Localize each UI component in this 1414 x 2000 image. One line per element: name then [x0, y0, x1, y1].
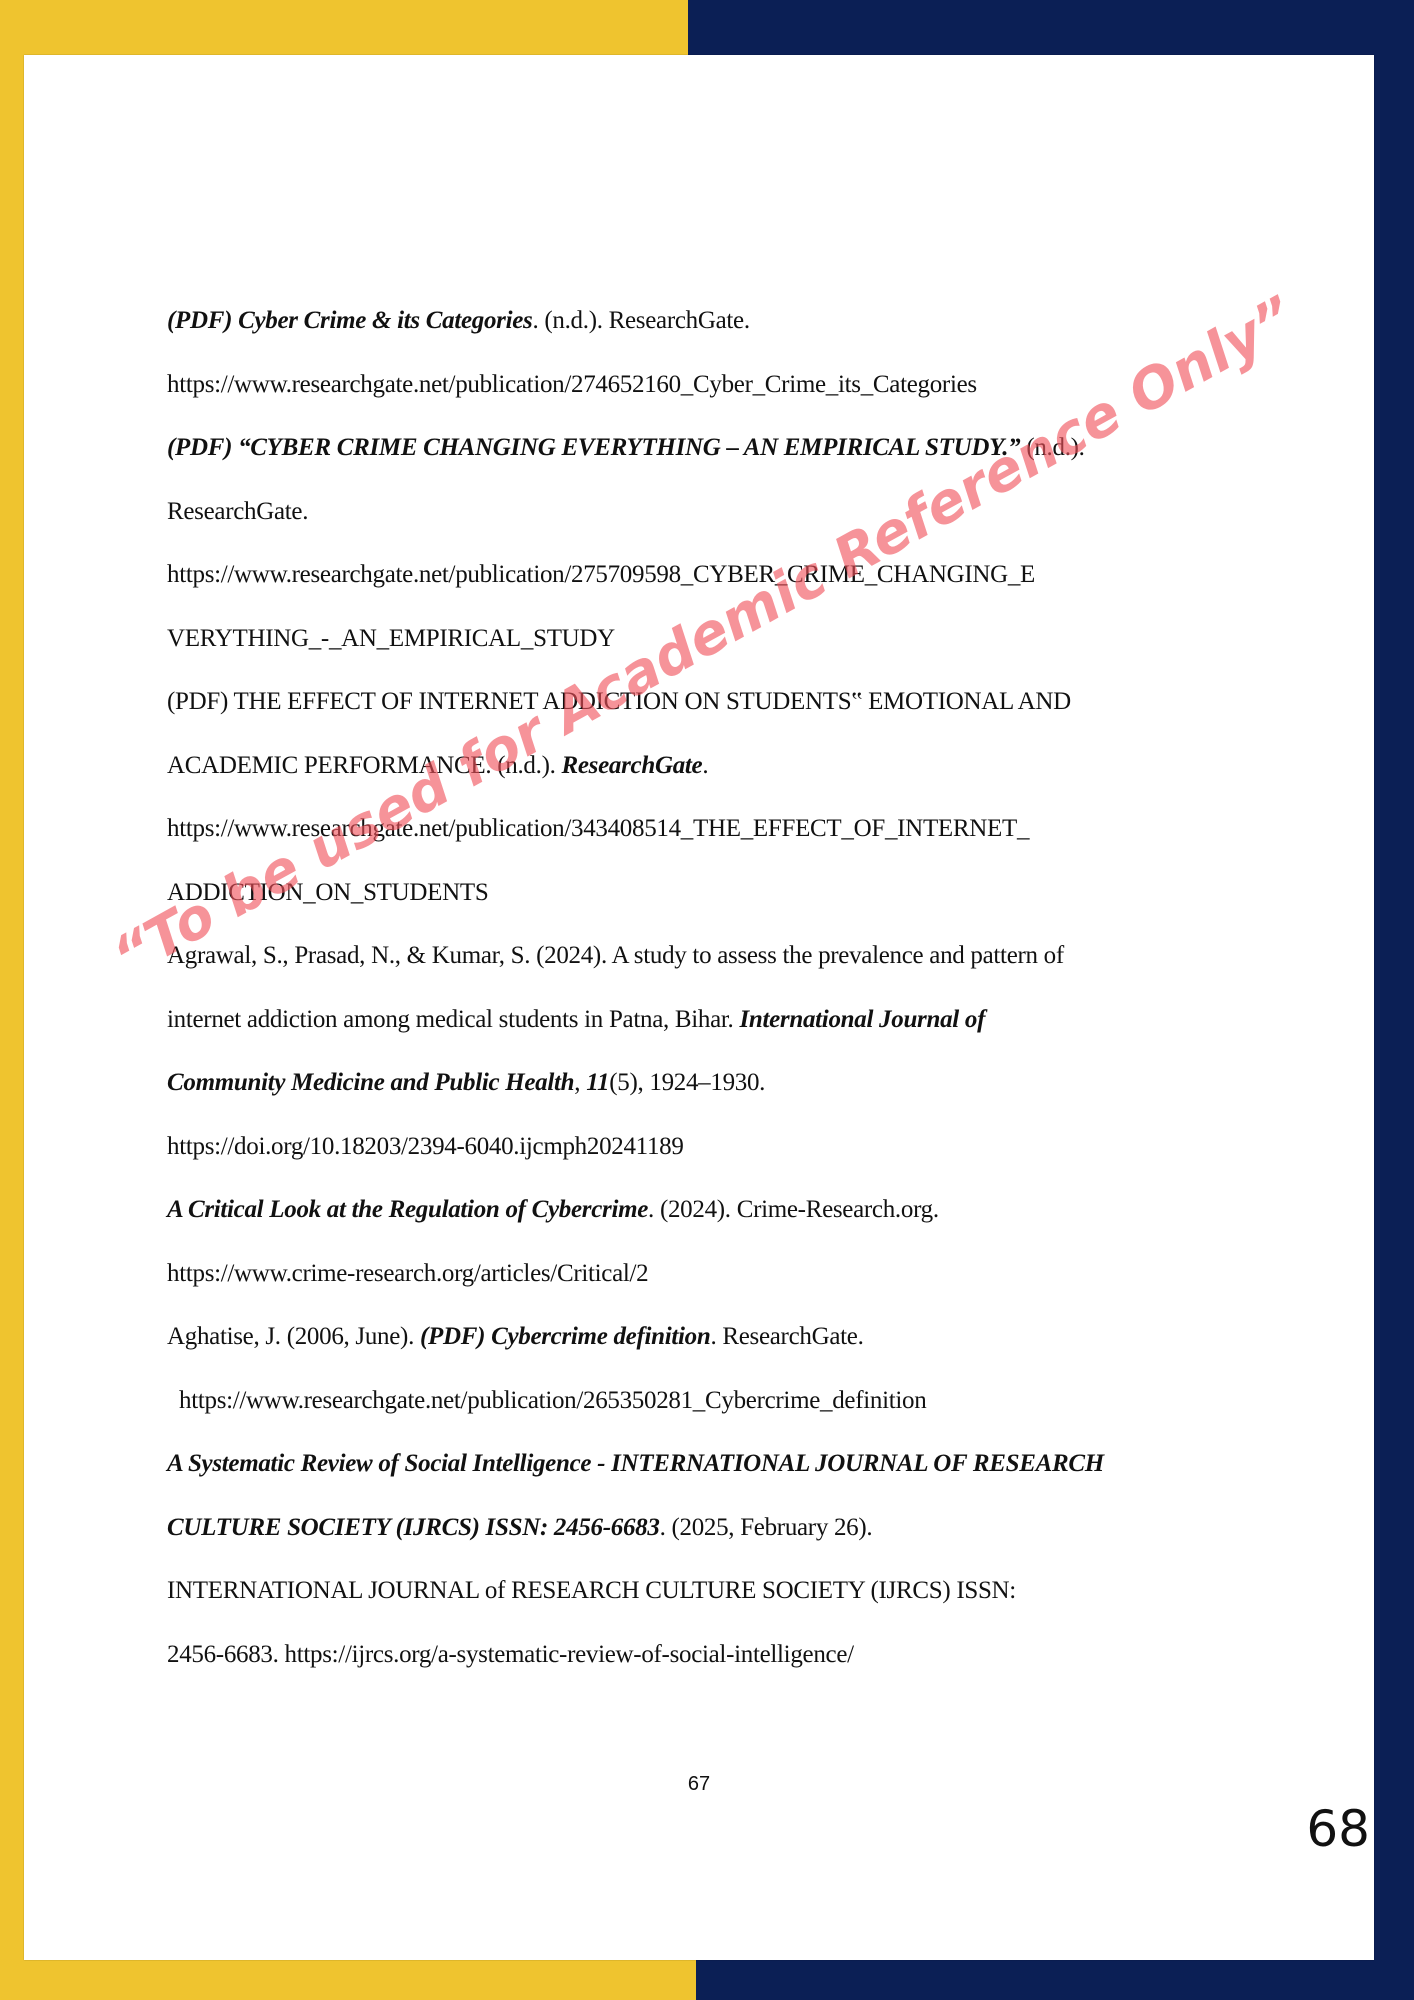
reference-text: https://doi.org/10.18203/2394-6040.ijcmp… [167, 1133, 684, 1160]
reference-text: https://www.researchgate.net/publication… [167, 815, 1029, 842]
page-number: 67 [24, 1773, 1374, 1796]
reference-line: Community Medicine and Public Health, 11… [251, 1051, 1277, 1115]
reference-text: Agrawal, S., Prasad, N., & Kumar, S. (20… [167, 942, 1064, 969]
reference-line: A Critical Look at the Regulation of Cyb… [251, 1178, 1277, 1242]
reference-text: VERYTHING_-_AN_EMPIRICAL_STUDY [167, 625, 615, 652]
sheet-number: 68 [1306, 1800, 1370, 1858]
reference-text: INTERNATIONAL JOURNAL of RESEARCH CULTUR… [167, 1577, 1016, 1604]
reference-line: CULTURE SOCIETY (IJRCS) ISSN: 2456-6683.… [251, 1496, 1277, 1560]
reference-title-text: Community Medicine and Public Health [167, 1069, 574, 1096]
reference-text: . ResearchGate. [710, 1323, 863, 1350]
reference-title-text: ResearchGate [562, 752, 703, 779]
reference-entry: (PDF) Cyber Crime & its Categories. (n.d… [167, 289, 1277, 416]
reference-line: (PDF) “CYBER CRIME CHANGING EVERYTHING –… [251, 416, 1277, 480]
reference-text: ResearchGate. [167, 498, 308, 525]
reference-text: . (2024). Crime-Research.org. [648, 1196, 939, 1223]
reference-line: https://www.crime-research.org/articles/… [251, 1242, 1277, 1306]
reference-title-text: A Systematic Review of Social Intelligen… [167, 1450, 1104, 1477]
reference-text: ADDICTION_ON_STUDENTS [167, 879, 488, 906]
reference-line: https://www.researchgate.net/publication… [251, 1369, 1277, 1433]
reference-title-text: CULTURE SOCIETY (IJRCS) ISSN: 2456-6683 [167, 1514, 660, 1541]
reference-title-text: 11 [586, 1069, 609, 1096]
reference-line: Aghatise, J. (2006, June). (PDF) Cybercr… [251, 1305, 1277, 1369]
reference-line: VERYTHING_-_AN_EMPIRICAL_STUDY [251, 607, 1277, 671]
reference-line: ACADEMIC PERFORMANCE. (n.d.). ResearchGa… [251, 734, 1277, 798]
reference-line: ResearchGate. [251, 480, 1277, 544]
reference-line: https://www.researchgate.net/publication… [251, 797, 1277, 861]
reference-line: (PDF) Cyber Crime & its Categories. (n.d… [251, 289, 1277, 353]
reference-entry: Aghatise, J. (2006, June). (PDF) Cybercr… [167, 1305, 1277, 1432]
reference-line: 2456-6683. https://ijrcs.org/a-systemati… [251, 1623, 1277, 1687]
reference-entry: (PDF) THE EFFECT OF INTERNET ADDICTION O… [167, 670, 1277, 924]
reference-text: Aghatise, J. (2006, June). [167, 1323, 420, 1350]
reference-text: https://www.crime-research.org/articles/… [167, 1260, 648, 1287]
reference-list: (PDF) Cyber Crime & its Categories. (n.d… [167, 289, 1277, 1686]
reference-text: (PDF) THE EFFECT OF INTERNET ADDICTION O… [167, 688, 1071, 715]
yellow-border-left [0, 0, 24, 2000]
reference-line: https://www.researchgate.net/publication… [251, 543, 1277, 607]
reference-title-text: A Critical Look at the Regulation of Cyb… [167, 1196, 648, 1223]
reference-text: . (n.d.). ResearchGate. [532, 307, 749, 334]
reference-text: . (2025, February 26). [660, 1514, 873, 1541]
reference-line: Agrawal, S., Prasad, N., & Kumar, S. (20… [251, 924, 1277, 988]
reference-entry: (PDF) “CYBER CRIME CHANGING EVERYTHING –… [167, 416, 1277, 670]
reference-entry: A Critical Look at the Regulation of Cyb… [167, 1178, 1277, 1305]
document-page: (PDF) Cyber Crime & its Categories. (n.d… [24, 55, 1374, 1960]
reference-text: . [702, 752, 708, 779]
reference-text: ACADEMIC PERFORMANCE. (n.d.). [167, 752, 562, 779]
reference-line: A Systematic Review of Social Intelligen… [251, 1432, 1277, 1496]
reference-entry: A Systematic Review of Social Intelligen… [167, 1432, 1277, 1686]
yellow-border-bottom [0, 1960, 696, 2000]
reference-line: https://www.researchgate.net/publication… [251, 353, 1277, 417]
reference-entry: Agrawal, S., Prasad, N., & Kumar, S. (20… [167, 924, 1277, 1178]
reference-line: internet addiction among medical student… [251, 988, 1277, 1052]
reference-text: https://www.researchgate.net/publication… [179, 1387, 926, 1414]
reference-text: (n.d.). [1020, 434, 1084, 461]
reference-title-text: (PDF) “CYBER CRIME CHANGING EVERYTHING –… [167, 434, 1020, 461]
reference-text: https://www.researchgate.net/publication… [167, 371, 977, 398]
yellow-border-top [0, 0, 688, 55]
reference-text: 2456-6683. https://ijrcs.org/a-systemati… [167, 1641, 854, 1668]
reference-line: ADDICTION_ON_STUDENTS [251, 861, 1277, 925]
reference-line: INTERNATIONAL JOURNAL of RESEARCH CULTUR… [251, 1559, 1277, 1623]
reference-text: https://www.researchgate.net/publication… [167, 561, 1035, 588]
reference-title-text: (PDF) Cyber Crime & its Categories [167, 307, 532, 334]
reference-text: internet addiction among medical student… [167, 1006, 739, 1033]
reference-line: (PDF) THE EFFECT OF INTERNET ADDICTION O… [251, 670, 1277, 734]
reference-title-text: (PDF) Cybercrime definition [420, 1323, 710, 1350]
reference-text: (5), 1924–1930. [609, 1069, 765, 1096]
reference-title-text: International Journal of [739, 1006, 985, 1033]
reference-line: https://doi.org/10.18203/2394-6040.ijcmp… [251, 1115, 1277, 1179]
reference-text: , [574, 1069, 586, 1096]
